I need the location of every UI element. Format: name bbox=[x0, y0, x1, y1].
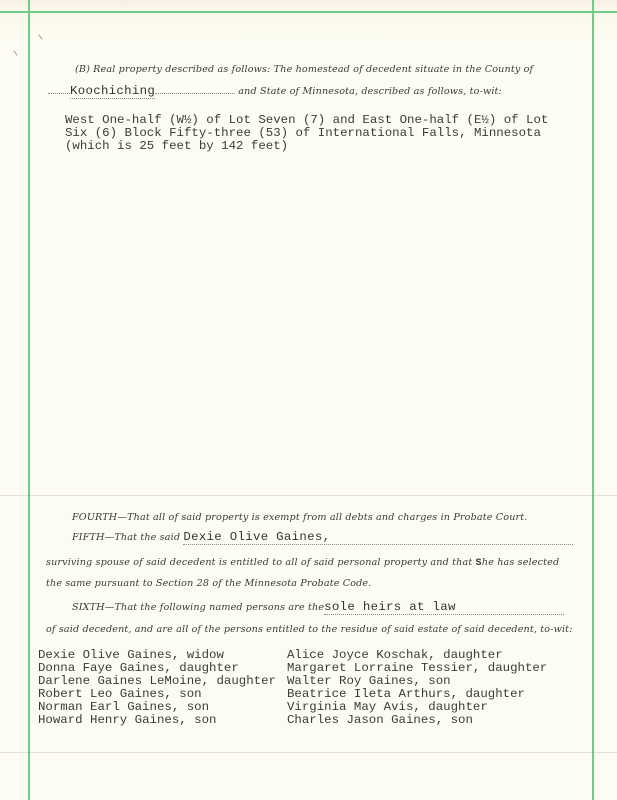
sixth-clause-line1: SIXTH—That the following named persons a… bbox=[72, 600, 564, 615]
section-b-line1: (B) Real property described as follows: … bbox=[75, 64, 533, 75]
right-margin-rule bbox=[592, 0, 594, 800]
fifth-line2-end: he has selected bbox=[482, 557, 559, 568]
county-field: Koochiching bbox=[70, 84, 155, 99]
sixth-clause-line2: of said decedent, and are all of the per… bbox=[46, 624, 573, 635]
fourth-clause: FOURTH—That all of said property is exem… bbox=[72, 512, 527, 523]
section-b-line2-suffix: and State of Minnesota, described as fol… bbox=[238, 86, 502, 97]
paper-speck bbox=[13, 50, 17, 55]
left-margin-rule bbox=[28, 0, 30, 800]
paper-speck bbox=[38, 34, 42, 39]
fifth-clause-line1: FIFTH—That the said Dexie Olive Gaines, bbox=[72, 530, 573, 545]
spouse-name-field: Dexie Olive Gaines, bbox=[183, 530, 573, 545]
heir-entry: Charles Jason Gaines, son bbox=[287, 714, 473, 727]
fifth-clause-line3: the same pursuant to Section 28 of the M… bbox=[46, 578, 371, 589]
top-margin-rule bbox=[0, 11, 617, 13]
heir-entry: Howard Henry Gaines, son bbox=[38, 714, 216, 727]
fifth-line2-text: surviving spouse of said decedent is ent… bbox=[46, 557, 472, 568]
fifth-clause-line2: surviving spouse of said decedent is ent… bbox=[46, 557, 559, 569]
sixth-prefix: SIXTH—That the following named persons a… bbox=[72, 602, 324, 613]
blank-fill bbox=[155, 93, 235, 94]
legal-description-line: (which is 25 feet by 142 feet) bbox=[65, 140, 288, 153]
paper-fold bbox=[0, 495, 617, 496]
paper-fold-lower bbox=[0, 752, 617, 753]
blank-fill bbox=[48, 93, 70, 94]
heirs-label-field: sole heirs at law bbox=[324, 600, 564, 615]
fifth-prefix: FIFTH—That the said bbox=[72, 532, 180, 543]
document-page: (B) Real property described as follows: … bbox=[0, 0, 617, 800]
section-b-line2: Koochiching and State of Minnesota, desc… bbox=[48, 84, 502, 99]
